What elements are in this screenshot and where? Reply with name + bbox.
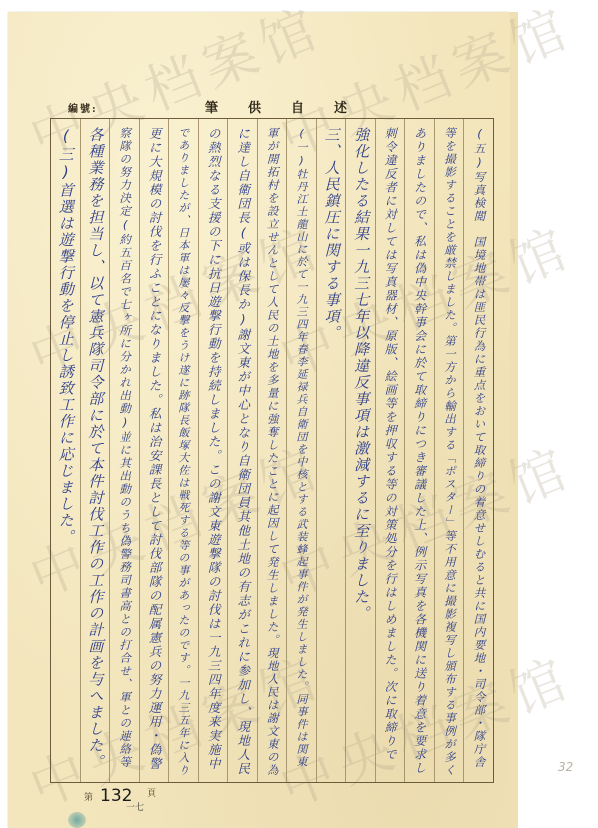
manuscript-grid: (五)写真検閲 国境地帯は匪民行為に重点をおいて取締りの着意せしむると共に国内要…	[50, 118, 494, 783]
archive-number: 32	[558, 760, 573, 774]
manuscript-column: 強化したる結果一九三七年以降違反事項は激減するに至りました。	[345, 119, 375, 782]
handwritten-line: 更に大規模の討伐を行ふことになりました。私は治安課長として討伐部隊の配属憲兵の努…	[148, 127, 161, 771]
manuscript-column: (一)牡丹江土龍山に於て一九三四年春李延禄兵自衛団を中核とする武装蜂起事件が発生…	[286, 119, 316, 782]
manuscript-column: 三、人民鎮圧に関する事項。	[316, 119, 346, 782]
page-suffix: 頁	[147, 786, 156, 799]
handwritten-line: でありましたが、日本軍は屡々反撃をうけ遂に跡隊長飯塚大佐は戦死する等の事があった…	[178, 127, 189, 777]
manuscript-column: ありましたので、私は偽中央幹事会に於て取締りにつき審議した上、例示写真を各機関に…	[404, 119, 434, 782]
manuscript-column: 更に大規模の討伐を行ふことになりました。私は治安課長として討伐部隊の配属憲兵の努…	[139, 119, 169, 782]
ink-stain	[68, 812, 86, 828]
manuscript-column: 等を撮影することを厳禁しました。第一方から輸出する「ポスター」等不用意に撮影複写…	[434, 119, 464, 782]
handwritten-line: 察隊の努力決定(約五百名で七ヶ所に分かれ出動)並に其出動のうち偽警務司書高との打…	[119, 127, 131, 769]
page-prefix: 第	[84, 790, 93, 803]
handwritten-line: 強化したる結果一九三七年以降違反事項は激減するに至りました。	[353, 127, 368, 622]
punch-hole	[548, 483, 556, 489]
punch-hole	[548, 385, 556, 391]
manuscript-column: に達し自衛団長(或は保長か)謝文東が中心となり自衛団員其他土地の有志がこれに参加…	[227, 119, 257, 782]
punch-hole	[548, 157, 556, 163]
manuscript-column: 察隊の努力決定(約五百名で七ヶ所に分かれ出動)並に其出動のうち偽警務司書高との打…	[109, 119, 139, 782]
manuscript-column: (三)首選は遊撃行動を停止し誘致工作に応じました。	[51, 119, 80, 782]
manuscript-column: 刺令違反者に対しては写真器材、原版、絵画等を押収する等の対策処分を行はしめました…	[375, 119, 405, 782]
manuscript-column: 各種業務を担当し、以て憲兵隊司令部に於て本件討伐工作の工作の計画を与へました。	[80, 119, 110, 782]
manuscript-column: でありましたが、日本軍は屡々反撃をうけ遂に跡隊長飯塚大佐は戦死する等の事があった…	[168, 119, 198, 782]
manuscript-column: の熱烈なる支援の下に抗日遊撃行動を持続しました。この謝文東遊撃隊の討伐は一九三四…	[198, 119, 228, 782]
handwritten-line: (三)首選は遊撃行動を停止し誘致工作に応じました。	[58, 127, 73, 546]
handwritten-line: 軍が開拓村を設立せんとして人民の土地を多量に強奪したことに起因して発生しました。…	[266, 127, 278, 777]
handwritten-line: ありましたので、私は偽中央幹事会に於て取締りにつき審議した上、例示写真を各機関に…	[414, 127, 426, 775]
handwritten-line: に達し自衛団長(或は保長か)謝文東が中心となり自衛団員其他土地の有志がこれに参加…	[236, 127, 249, 776]
manuscript-column: (五)写真検閲 国境地帯は匪民行為に重点をおいて取締りの着意せしむると共に国内要…	[463, 119, 493, 782]
manuscript-column: 軍が開拓村を設立せんとして人民の土地を多量に強奪したことに起因して発生しました。…	[257, 119, 287, 782]
paper-edge	[510, 12, 518, 828]
handwritten-line: 各種業務を担当し、以て憲兵隊司令部に於て本件討伐工作の工作の計画を与へました。	[87, 127, 102, 771]
handwritten-line: の熱烈なる支援の下に抗日遊撃行動を持続しました。この謝文東遊撃隊の討伐は一九三四…	[207, 127, 220, 771]
handwritten-line: 刺令違反者に対しては写真器材、原版、絵画等を押収する等の対策処分を行はしめました…	[384, 127, 396, 762]
punch-hole	[548, 268, 556, 274]
handwritten-line: 三、人民鎮圧に関する事項。	[324, 127, 339, 342]
handwritten-line: (一)牡丹江土龍山に於て一九三四年春李延禄兵自衛団を中核とする武装蜂起事件が発生…	[296, 127, 307, 769]
serial-number-label: 編號:	[68, 100, 98, 115]
handwritten-line: 等を撮影することを厳禁しました。第一方から輸出する「ポスター」等不用意に撮影複写…	[443, 127, 455, 777]
handwritten-line: (五)写真検閲 国境地帯は匪民行為に重点をおいて取締りの着意せしむると共に国内要…	[473, 127, 485, 769]
document-title: 筆供自述	[205, 97, 377, 116]
page-sub-number: 一七	[126, 800, 144, 813]
